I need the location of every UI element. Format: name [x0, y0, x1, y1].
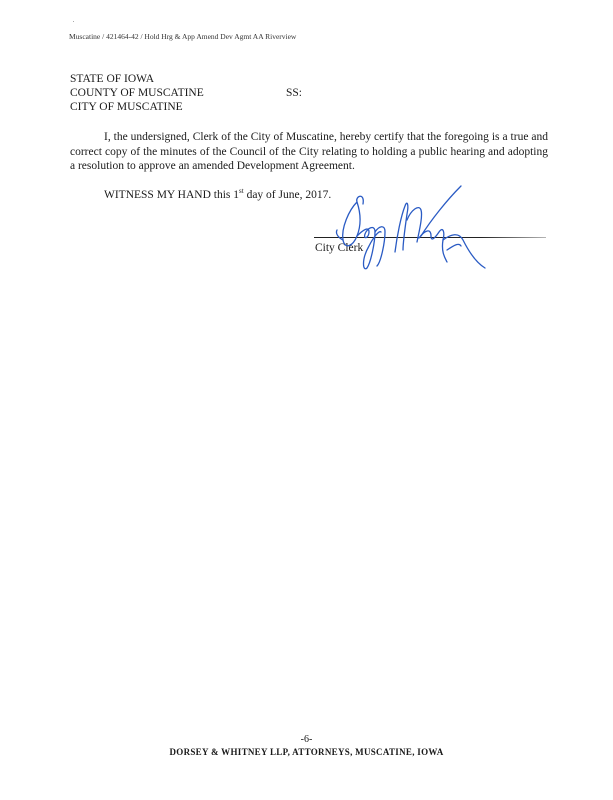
- witness-suffix: day of June, 2017.: [244, 189, 332, 201]
- document-page: Muscatine / 421464-42 / Hold Hrg & App A…: [0, 0, 613, 800]
- venue-ss: SS:: [286, 86, 302, 100]
- witness-line: WITNESS MY HAND this 1st day of June, 20…: [104, 188, 331, 202]
- scan-mark: [73, 21, 74, 22]
- certification-paragraph: I, the undersigned, Clerk of the City of…: [70, 130, 548, 174]
- venue-block: STATE OF IOWA COUNTY OF MUSCATINE CITY O…: [70, 72, 204, 114]
- venue-county: COUNTY OF MUSCATINE: [70, 86, 204, 100]
- page-number: -6-: [0, 734, 613, 746]
- handwritten-signature-icon: [335, 180, 505, 270]
- venue-city: CITY OF MUSCATINE: [70, 100, 204, 114]
- firm-footer: DORSEY & WHITNEY LLP, ATTORNEYS, MUSCATI…: [0, 746, 613, 758]
- document-reference: Muscatine / 421464-42 / Hold Hrg & App A…: [69, 32, 296, 41]
- witness-prefix: WITNESS MY HAND this 1: [104, 189, 239, 201]
- venue-state: STATE OF IOWA: [70, 72, 204, 86]
